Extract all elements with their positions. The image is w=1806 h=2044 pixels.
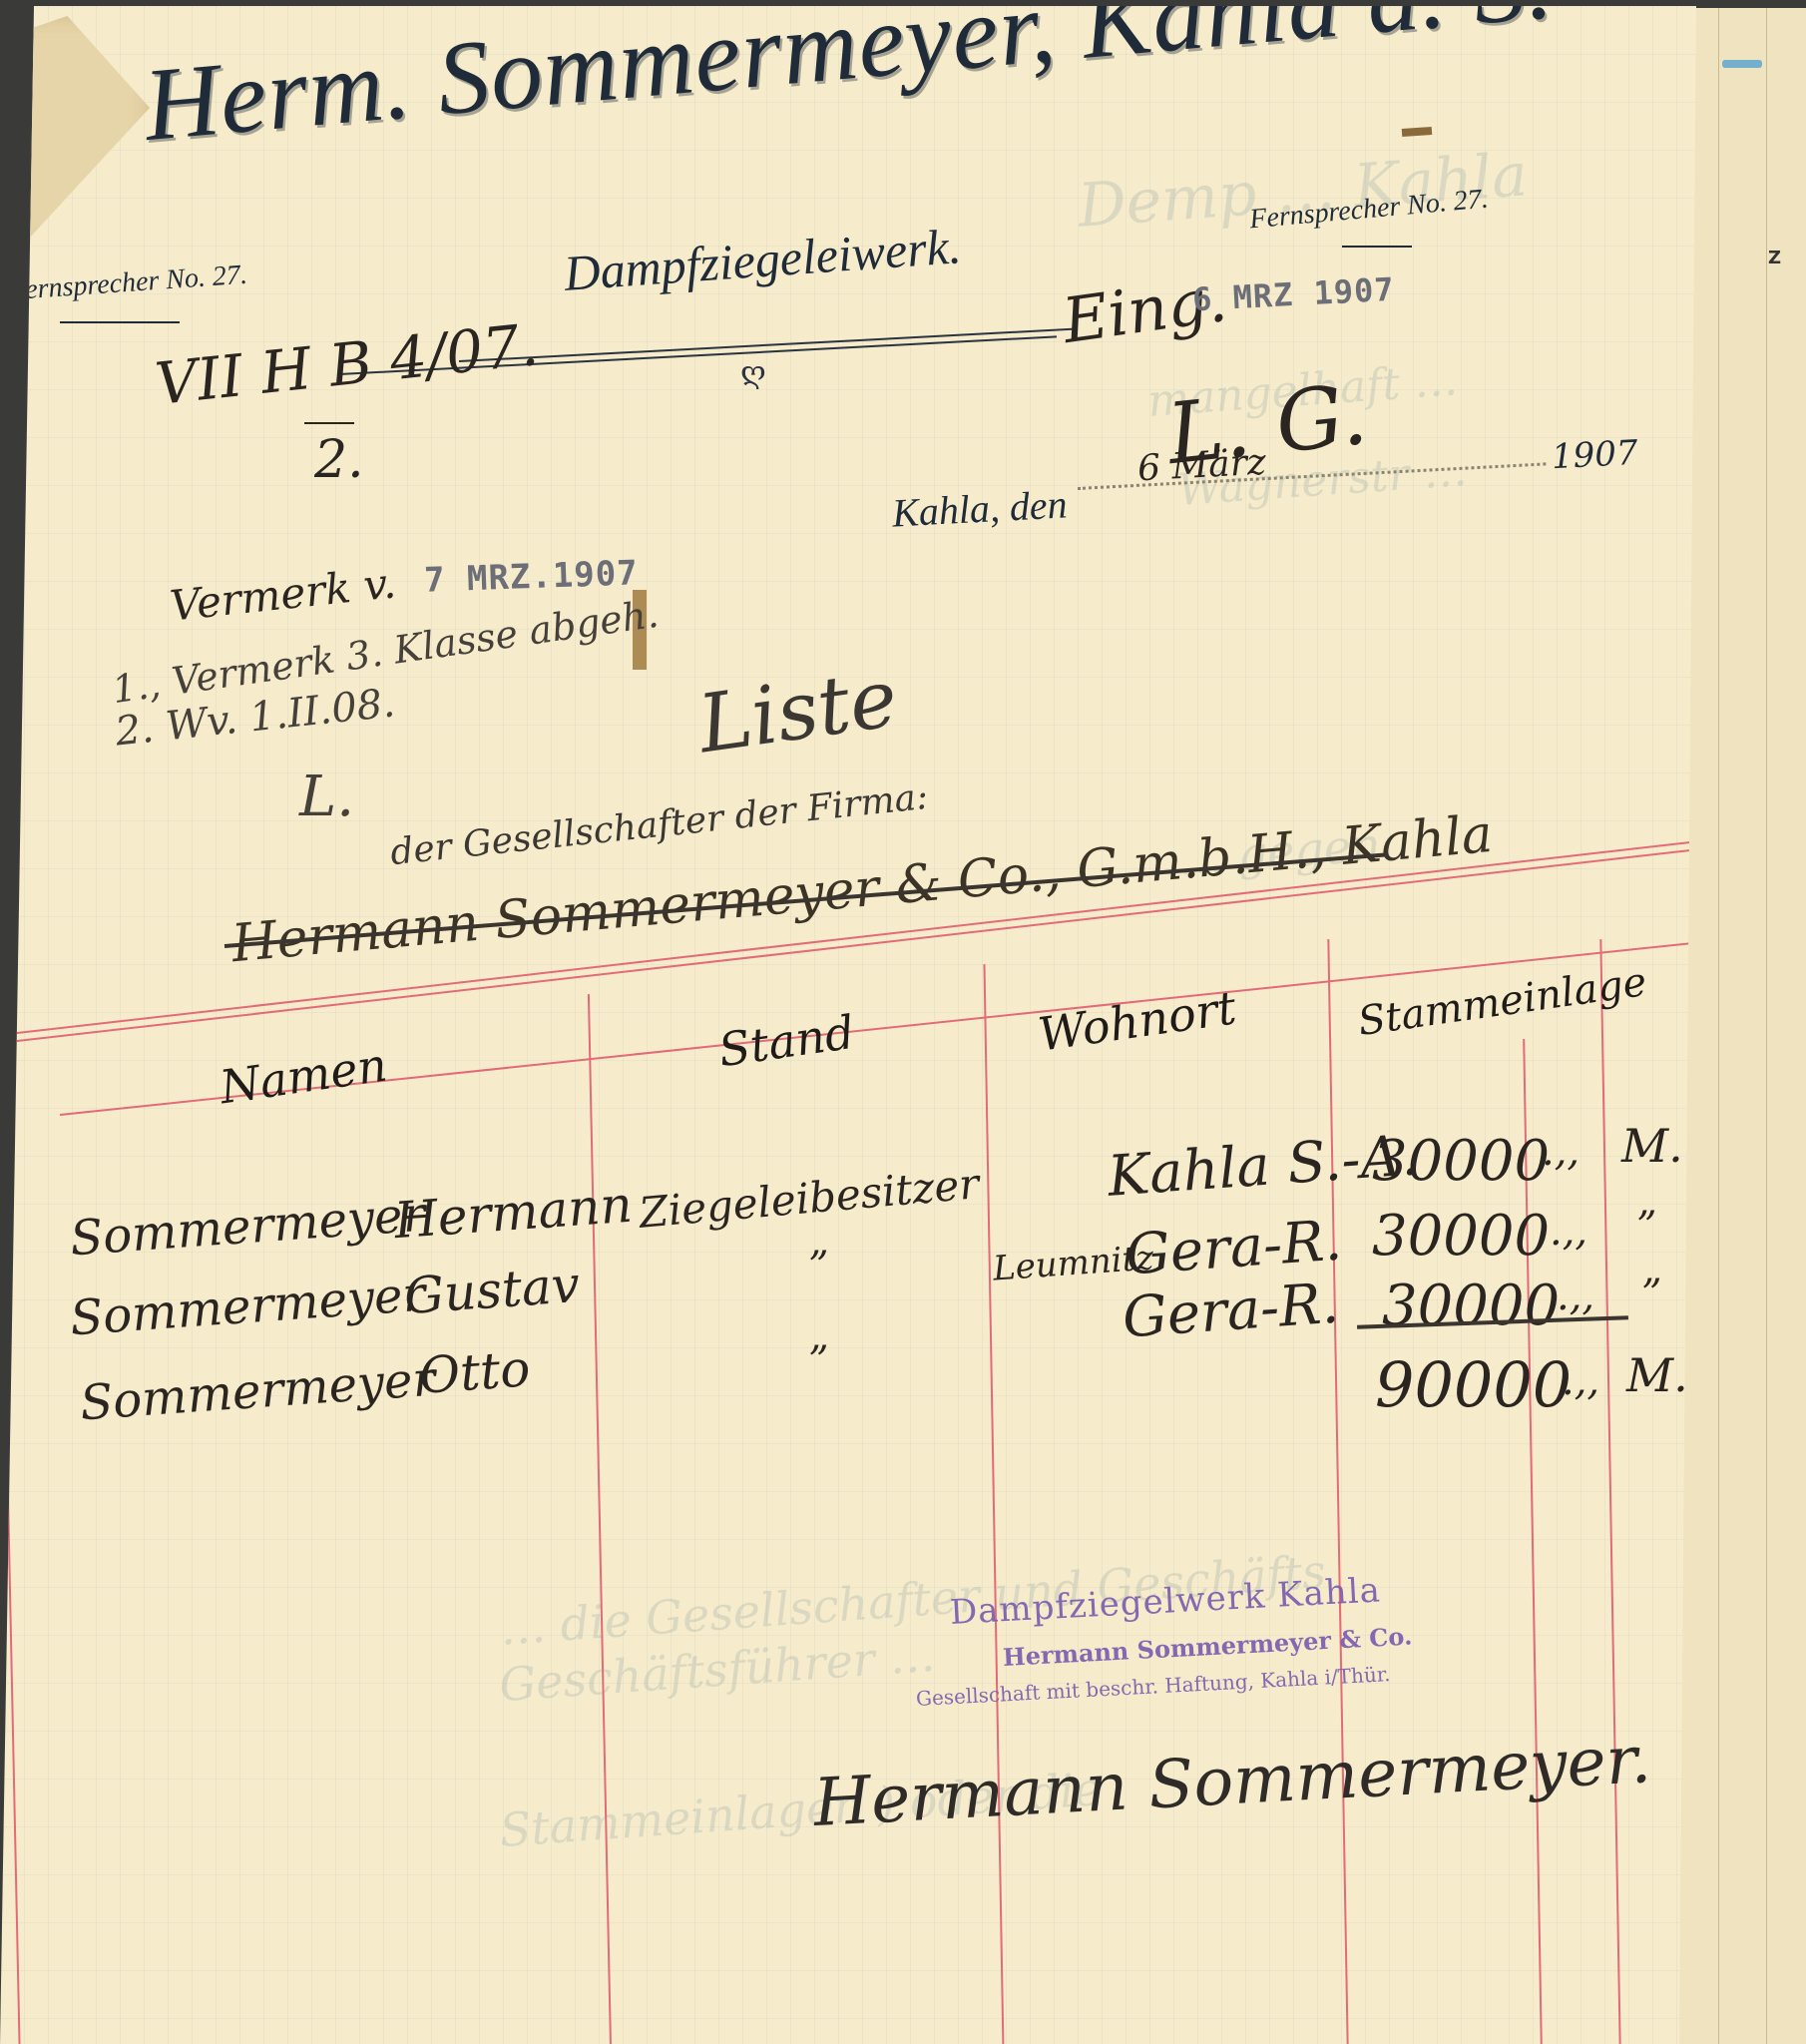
currency-unit: ”: [1636, 1204, 1656, 1250]
pfennig: .,,: [1542, 1129, 1580, 1175]
surname: Sommermeyer: [78, 1351, 437, 1432]
phone-rule: [1342, 246, 1412, 248]
pfennig: .,,: [1550, 1209, 1587, 1255]
page-leaf-edge: [1718, 8, 1719, 2044]
amount: 30000: [1372, 1204, 1550, 1269]
folded-corner: [0, 16, 150, 246]
given-name: Hermann: [392, 1176, 634, 1251]
letter-year: 1907: [1551, 433, 1639, 477]
ink-mark: [1402, 127, 1432, 137]
phone-rule: [60, 321, 180, 323]
company-stamp-line-3: Gesellschaft mit beschr. Haftung, Kahla …: [915, 1662, 1391, 1711]
file-reference: VII H B 4/07.: [153, 310, 542, 418]
stand: ”: [808, 1338, 828, 1384]
surname: Sommermeyer: [68, 1267, 427, 1347]
wohnort: Gera-R.: [1121, 1272, 1341, 1351]
pfennig: .,,: [1557, 1274, 1594, 1319]
column-header-wohnort: Wohnort: [1035, 980, 1239, 1061]
given-name: Gustav: [402, 1256, 582, 1325]
handwritten-date: 6 März: [1136, 442, 1267, 490]
place-date-label: Kahla, den: [891, 480, 1069, 536]
currency-unit: M.: [1621, 1119, 1683, 1173]
signature: Hermann Sommermeyer.: [812, 1721, 1653, 1841]
total-amount: 90000: [1375, 1348, 1572, 1421]
note-line-1: Vermerk v.: [168, 558, 398, 630]
receipt-stamp-date: 7 MRZ.1907: [423, 553, 639, 600]
stand: Ziegeleibesitzer: [638, 1159, 982, 1238]
amount: 30000: [1372, 1129, 1550, 1194]
column-rule: [588, 994, 612, 2044]
column-rule: [1327, 939, 1348, 2044]
page-leaf-edge: [1766, 8, 1767, 2044]
note-initial: L.: [299, 765, 354, 829]
surname: Sommermeyer: [68, 1187, 427, 1268]
phone-number-left: Fernsprecher No. 27.: [7, 259, 248, 308]
column-header-stand: Stand: [715, 1005, 858, 1077]
z-mark: Z: [1768, 248, 1781, 268]
table-left-rule: [0, 1034, 21, 2044]
blue-pencil-mark: [1722, 60, 1762, 68]
reference-overline: [304, 422, 354, 424]
column-header-namen: Namen: [217, 1038, 390, 1115]
letterhead-business: Dampfziegeleiwerk.: [562, 217, 963, 302]
given-name: Otto: [417, 1339, 532, 1405]
document-page: Demp … Kahla mangelhaft … Wagnerstr … … …: [0, 6, 1696, 2044]
amount: 30000: [1382, 1274, 1560, 1338]
list-title: Liste: [692, 652, 902, 771]
heading-line-1: der Gesellschafter der Firma:: [388, 776, 930, 873]
decorative-rule: [459, 328, 1077, 362]
stand: ”: [808, 1244, 828, 1289]
column-rule: [983, 964, 1004, 2044]
letterhead-company-name: Herm. Sommermeyer, Kahla a. S.: [140, 0, 1558, 165]
pfennig: .,,: [1562, 1358, 1599, 1404]
ornament-icon: ღ: [740, 355, 766, 390]
column-rule: [1599, 939, 1620, 2044]
currency-unit: ”: [1641, 1272, 1661, 1317]
file-reference-sub: 2.: [314, 430, 364, 490]
currency-unit: M.: [1626, 1348, 1688, 1402]
